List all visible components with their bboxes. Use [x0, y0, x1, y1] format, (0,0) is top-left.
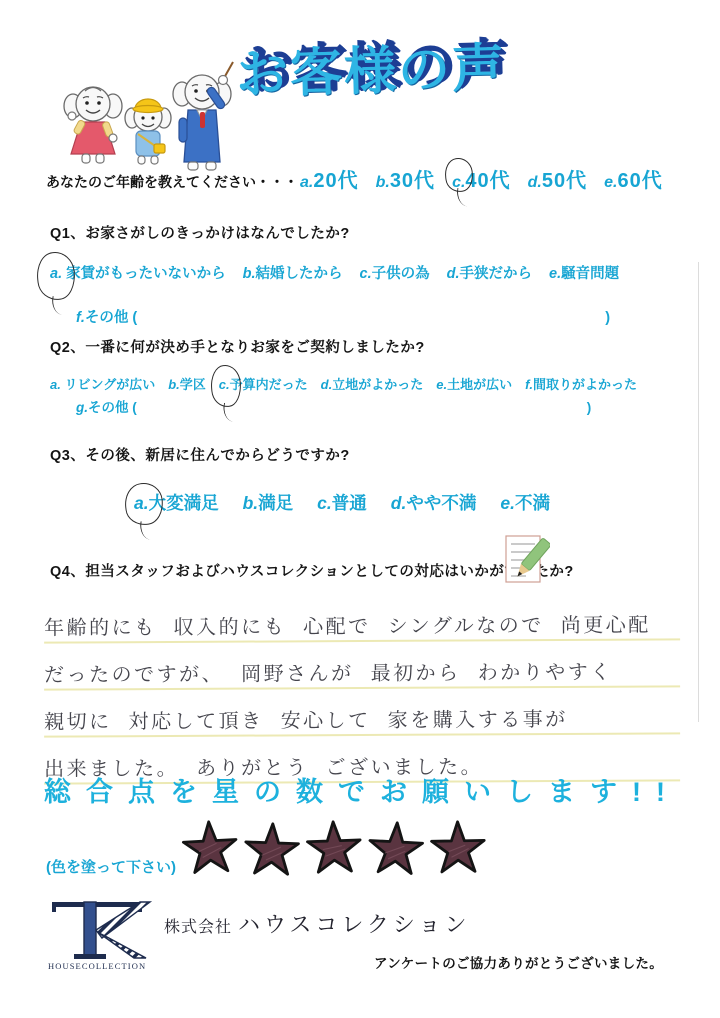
color-in-instruction: (色を塗って下さい) [46, 856, 176, 877]
q2-option-c-selected: c.予算内だった [219, 374, 308, 393]
q3-option-b: b.満足 [243, 490, 294, 515]
q2-option-e: e.土地が広い [436, 374, 512, 393]
customer-voice-survey-scan: お客様の声 あなたのご年齢を教えてください・・・ a.20代 b.30代 c.4… [0, 0, 720, 1018]
q1-option-a-selected: a. 家賃がもったいないから [50, 262, 226, 283]
age-question-label: あなたのご年齢を教えてください・・・ [46, 172, 298, 192]
q4-handwritten-answer: 年齢的にも 収入的にも 心配で シングルなので 尚更心配 だったのですが、 岡野… [44, 596, 680, 784]
handwritten-line: 年齢的にも 収入的にも 心配で シングルなので 尚更心配 [44, 594, 680, 643]
q2-option-b: b.学区 [168, 374, 206, 393]
company-name: 株式会社 ハウスコレクション [164, 908, 470, 939]
tk-housecollection-logo: HOUSECOLLECTION [44, 896, 164, 972]
q1-option-e: e.騒音問題 [549, 262, 619, 283]
scan-edge-artifact [698, 262, 699, 722]
pencil-memo-icon [502, 534, 550, 586]
q4-title: Q4、担当スタッフおよびハウスコレクションとしての対応はいかがでしたか? [50, 560, 574, 581]
star-icon [243, 821, 301, 877]
q1-option-b: b.結婚したから [243, 262, 343, 283]
age-options: a.20代 b.30代 c.40代 d.50代 e.60代 [300, 164, 663, 193]
star-icon [305, 819, 363, 875]
age-option-a: a.20代 [300, 164, 359, 193]
handwritten-line: 親切に 対応して頂き 安心して 家を購入する事が [44, 688, 680, 737]
star-icon [367, 820, 426, 877]
overall-rating-heading: 総合点を星の数でお願いします!! [44, 770, 680, 809]
q3-option-a-selected: a.大変満足 [134, 490, 219, 515]
q2-option-d: d.立地がよかった [321, 374, 424, 393]
age-option-d: d.50代 [528, 164, 587, 193]
q2-option-f: f.間取りがよかった [525, 374, 637, 393]
star-icon [430, 820, 487, 875]
q3-option-e: e.不満 [500, 490, 550, 515]
age-option-b: b.30代 [376, 164, 435, 193]
age-question-row: あなたのご年齢を教えてください・・・ a.20代 b.30代 c.40代 d.5… [46, 164, 663, 193]
q3-option-c: c.普通 [317, 490, 367, 515]
q3-title: Q3、その後、新居に住んでからどうですか? [50, 444, 350, 465]
age-option-c-selected: c.40代 [452, 164, 511, 193]
q3-options: a.大変満足 b.満足 c.普通 d.やや不満 e.不満 [134, 490, 550, 515]
age-option-e: e.60代 [604, 164, 663, 193]
q2-option-a: a. リビングが広い [50, 374, 155, 393]
q3-option-d: d.やや不満 [391, 490, 477, 515]
q1-option-c: c.子供の為 [360, 262, 430, 283]
q2-other-row: g.その他 ( ) [76, 396, 591, 416]
star-icon [181, 819, 240, 876]
elephant-family-mascot-illustration [52, 54, 238, 172]
q1-other-row: f.その他 ( ) [76, 306, 610, 327]
q2-options: a. リビングが広い b.学区 c.予算内だった d.立地がよかった e.土地が… [50, 374, 637, 393]
handwritten-line: だったのですが、 岡野さんが 最初から わかりやすく [44, 641, 680, 690]
page-title: お客様の声 [235, 42, 506, 101]
svg-text:HOUSECOLLECTION: HOUSECOLLECTION [48, 961, 146, 971]
star-rating-filled-5-of-5 [182, 820, 486, 874]
q1-option-d: d.手狭だから [447, 262, 532, 283]
q1-options: a. 家賃がもったいないから b.結婚したから c.子供の為 d.手狭だから e… [50, 262, 619, 283]
q2-title: Q2、一番に何が決め手となりお家をご契約しましたか? [50, 336, 425, 357]
survey-thanks-note: アンケートのご協力ありがとうございました。 [374, 952, 663, 972]
q1-title: Q1、お家さがしのきっかけはなんでしたか? [50, 222, 350, 243]
